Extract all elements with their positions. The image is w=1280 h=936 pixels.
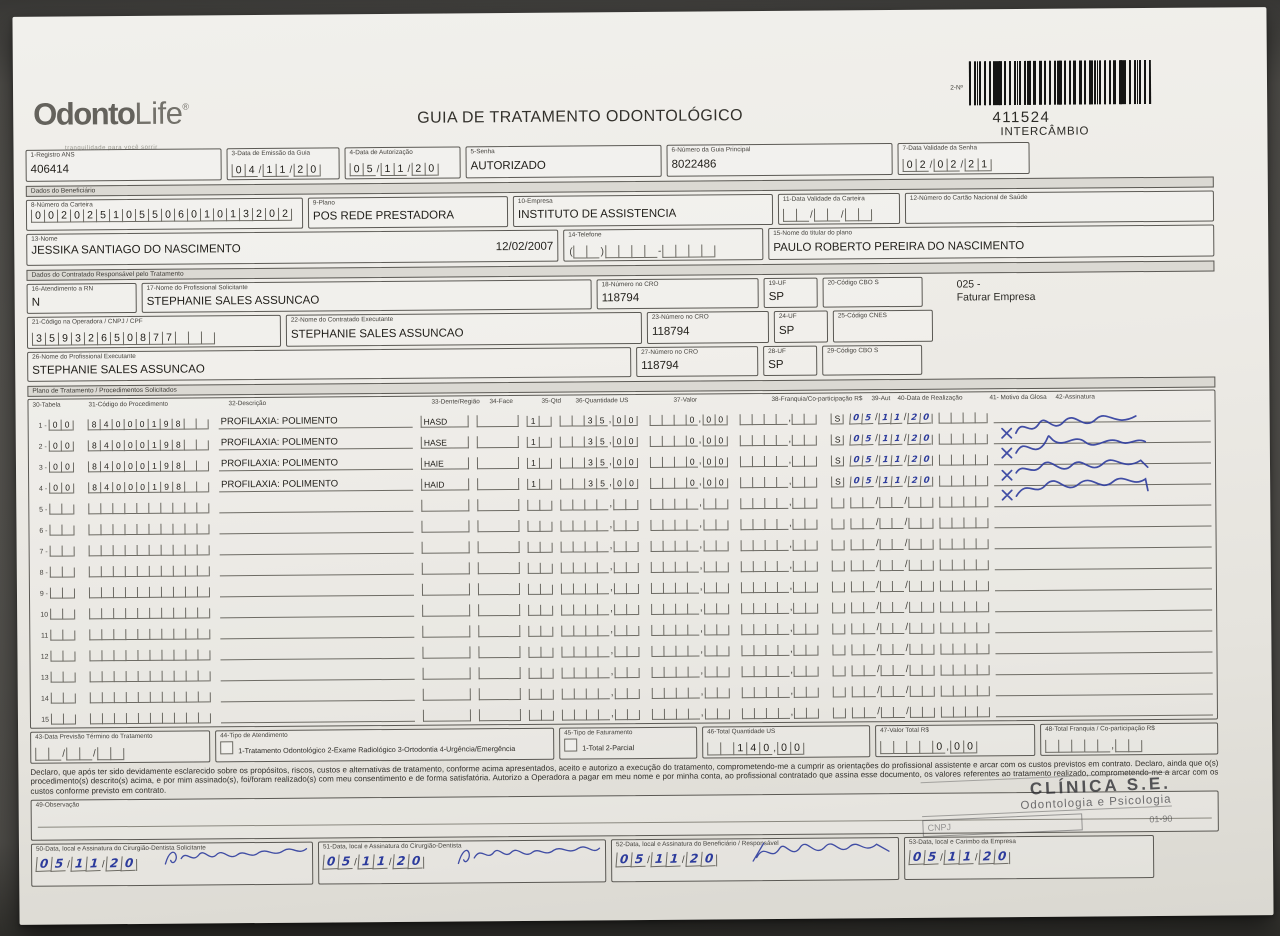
valor-cells: 0,00 xyxy=(650,470,728,489)
quantidade-us-cells: , xyxy=(561,576,639,595)
procedures-table: 30-Tabela 31-Código do Procedimento 32-D… xyxy=(27,390,1218,729)
field-senha: 5-SenhaAUTORIZADO xyxy=(465,145,661,178)
field-validade-senha: 7-Data Validade da Senha02/02/21 xyxy=(897,142,1029,175)
tooth-region-cell xyxy=(422,646,470,658)
quantidade-us-cells: , xyxy=(561,597,639,616)
guide-number: 411524 xyxy=(992,108,1151,126)
quantity-cells xyxy=(527,514,552,532)
motivo-glosa-cells xyxy=(940,636,989,654)
motivo-glosa-cells xyxy=(939,447,988,465)
aut-cell: S xyxy=(831,427,844,445)
motivo-glosa-cells xyxy=(941,678,990,696)
tooth-region-cell xyxy=(423,667,471,679)
franquia-cells: , xyxy=(740,491,818,510)
tabela-cells xyxy=(51,706,76,724)
procedure-code-cells xyxy=(88,516,209,535)
aut-cell xyxy=(832,532,845,550)
data-realizacao-cells: / / xyxy=(851,532,934,551)
motivo-glosa-cells xyxy=(940,552,989,570)
tabela-cells: 00 xyxy=(49,412,74,430)
procedure-code-cells: 84000198 xyxy=(88,432,209,451)
valor-cells: , xyxy=(651,617,729,636)
quantity-cells xyxy=(527,493,552,511)
procedure-description xyxy=(220,583,414,598)
field-previsao-termino: 43-Data Previsão Término do Tratamento /… xyxy=(30,730,210,763)
data-realizacao-cells: / / xyxy=(851,511,934,530)
field-telefone: 14-Telefone( ) - xyxy=(563,228,763,261)
valor-cells: , xyxy=(652,701,730,720)
field-registro-ans: 1-Registro ANS406414 xyxy=(25,148,221,181)
contratado-row-1: 16-Atendimento a RNN 17-Nome do Profissi… xyxy=(27,274,1215,314)
face-cell xyxy=(479,688,521,700)
procedure-code-cells: 84000198 xyxy=(88,453,209,472)
motivo-glosa-cells xyxy=(939,489,988,507)
aut-cell xyxy=(832,574,845,592)
procedure-code-cells: 84000198 xyxy=(88,474,209,493)
franquia-cells: , xyxy=(740,554,818,573)
row-number: 11 xyxy=(34,633,48,641)
face-cell xyxy=(478,541,520,553)
field-uf-solicitante: 19-UFSP xyxy=(764,277,818,308)
field-cbo-solicitante: 20-Código CBO S xyxy=(823,276,923,307)
face-cell xyxy=(477,457,519,469)
field-uf-executante: 28-UFSP xyxy=(763,345,817,376)
row-number: 8 - xyxy=(34,570,48,578)
data-realizacao-cells: / / xyxy=(852,637,935,656)
row-number: 15 xyxy=(35,717,49,725)
quantidade-us-cells: , xyxy=(562,702,640,721)
aut-cell xyxy=(833,658,846,676)
procedure-code-cells xyxy=(89,621,210,640)
tabela-cells xyxy=(50,622,75,640)
tooth-region-cell xyxy=(422,562,470,574)
row-number: 10 xyxy=(34,612,48,620)
tabela-cells xyxy=(49,496,74,514)
franquia-cells: , xyxy=(739,428,817,447)
valor-cells: , xyxy=(651,680,729,699)
quantidade-us-cells: , xyxy=(560,492,638,511)
data-realizacao-cells: 05/11/20 xyxy=(850,427,933,446)
procedure-description: PROFILAXIA: POLIMENTO xyxy=(219,415,413,430)
procedure-description xyxy=(219,520,413,535)
procedure-code-cells xyxy=(89,600,210,619)
tabela-cells xyxy=(50,559,75,577)
franquia-cells: , xyxy=(741,680,819,699)
field-validade-carteira: 11-Data Validade da Carteira / / xyxy=(778,192,900,224)
barcode-number-label: 2-Nº xyxy=(950,84,963,91)
totals-row: 43-Data Previsão Término do Tratamento /… xyxy=(30,722,1218,763)
contratado-row-2: 21-Código na Operadora / CNPJ / CPF35932… xyxy=(27,308,1215,349)
form-paper: OdontoLife® tranquilidade para você sorr… xyxy=(12,7,1273,925)
franquia-cells: , xyxy=(741,638,819,657)
motivo-glosa-cells xyxy=(939,510,988,528)
quantity-cells: 1 xyxy=(527,451,552,469)
quantidade-us-cells: , xyxy=(560,513,638,532)
beneficiario-nome: JESSIKA SANTIAGO DO NASCIMENTO xyxy=(31,242,240,258)
field-assinatura-solicitante: 50-Data, local e Assinatura do Cirurgião… xyxy=(31,841,313,886)
valor-cells: 0,00 xyxy=(649,407,727,426)
valor-cells: , xyxy=(650,554,728,573)
field-empresa: 10-EmpresaINSTITUTO DE ASSISTENCIA xyxy=(513,193,773,227)
quantity-cells xyxy=(528,640,553,658)
tabela-cells xyxy=(49,517,74,535)
procedure-code-cells xyxy=(89,537,210,556)
logo-text-odonto: Odonto xyxy=(33,96,134,132)
aut-cell xyxy=(833,637,846,655)
field-numero-guia-principal: 6-Número da Guia Principal8022486 xyxy=(666,143,892,176)
field-cro-contratado: 23-Número no CRO118794 xyxy=(647,311,769,343)
field-nome-beneficiario: 13-Nome JESSIKA SANTIAGO DO NASCIMENTO12… xyxy=(26,230,558,266)
field-plano: 9-PlanoPOS REDE PRESTADORA xyxy=(308,196,508,229)
clinic-stamp: CLÍNICA S.E. Odontologia e Psicologia CN… xyxy=(921,771,1173,837)
aut-cell: S xyxy=(831,406,844,424)
quantity-cells xyxy=(528,577,553,595)
tooth-region-cell: HASE xyxy=(421,436,469,448)
aut-cell xyxy=(832,511,845,529)
tabela-cells xyxy=(50,538,75,556)
beneficiario-nascimento: 12/02/2007 xyxy=(496,239,554,253)
signature-line xyxy=(996,714,1213,718)
motivo-glosa-cells xyxy=(938,405,987,423)
tooth-region-cell xyxy=(421,520,469,532)
franquia-cells: , xyxy=(741,596,819,615)
field-assinatura-beneficiario: 52-Data, local e Assinatura do Beneficiá… xyxy=(611,837,899,882)
field-cro-solicitante: 18-Número no CRO118794 xyxy=(597,278,759,310)
procedures-rows: 1 - 00 84000198 PROFILAXIA: POLIMENTO HA… xyxy=(33,401,1213,725)
aut-cell xyxy=(833,700,846,718)
quantity-cells xyxy=(528,598,553,616)
faturar-empresa-note: 025 - Faturar Empresa xyxy=(957,277,1036,304)
quantidade-us-cells: , xyxy=(562,660,640,679)
quantidade-us-cells: 35,00 xyxy=(560,408,638,427)
registered-mark: ® xyxy=(182,102,189,112)
motivo-glosa-cells xyxy=(939,468,988,486)
data-realizacao-cells: 05/11/20 xyxy=(850,469,933,488)
face-cell xyxy=(477,415,519,427)
tipo-faturamento-checkbox xyxy=(564,738,577,751)
quantity-cells: 1 xyxy=(527,430,552,448)
tabela-cells: 00 xyxy=(49,433,74,451)
quantidade-us-cells: 35,00 xyxy=(560,450,638,469)
field-uf-contratado: 24-UFSP xyxy=(774,311,828,343)
data-realizacao-cells: / / xyxy=(851,490,934,509)
data-realizacao-cells: 05/11/20 xyxy=(850,406,933,425)
motivo-glosa-cells xyxy=(940,615,989,633)
procedure-description xyxy=(221,688,415,703)
tabela-cells: 00 xyxy=(49,454,74,472)
tabela-cells xyxy=(50,643,75,661)
tabela-cells xyxy=(50,580,75,598)
field-assinatura-dentista: 51-Data, local e Assinatura do Cirurgião… xyxy=(318,839,606,884)
beneficiario-row-1: 8-Número da Carteira00202510550601013202… xyxy=(26,190,1214,231)
field-data-emissao: 3-Data de Emissão da Guia04/11/20 xyxy=(226,147,339,179)
barcode xyxy=(969,60,1151,105)
procedure-description xyxy=(220,646,414,661)
field-tipo-atendimento: 44-Tipo de Atendimento 1-Tratamento Odon… xyxy=(215,728,554,762)
tooth-region-cell xyxy=(422,625,470,637)
field-tipo-faturamento: 45-Tipo de Faturamento 1-Total 2-Parcial xyxy=(559,727,697,760)
aut-cell: S xyxy=(831,469,844,487)
field-cro-executante: 27-Número no CRO118794 xyxy=(636,346,758,377)
field-total-franquia: 48-Total Franquia / Co-participação R$ , xyxy=(1040,722,1218,755)
contratado-row-3: 26-Nome do Profissional ExecutanteSTEPHA… xyxy=(27,342,1215,382)
franquia-cells: , xyxy=(739,449,817,468)
procedure-description xyxy=(221,667,415,682)
tooth-region-cell xyxy=(423,688,471,700)
form-header: OdontoLife® tranquilidade para você sorr… xyxy=(24,12,1213,147)
franquia-cells: , xyxy=(739,407,817,426)
franquia-cells: , xyxy=(741,701,819,720)
quantidade-us-cells: , xyxy=(562,681,640,700)
tooth-region-cell xyxy=(422,604,470,616)
row-number: 13 xyxy=(35,675,49,683)
tipo-atendimento-checkbox xyxy=(220,741,233,754)
franquia-cells: , xyxy=(741,659,819,678)
aut-cell xyxy=(833,679,846,697)
motivo-glosa-cells xyxy=(940,657,989,675)
data-realizacao-cells: / / xyxy=(852,679,935,698)
face-cell xyxy=(478,562,520,574)
row-number: 5 - xyxy=(33,507,47,515)
franquia-cells: , xyxy=(741,617,819,636)
face-cell xyxy=(477,436,519,448)
field-cartao-nacional-saude: 12-Número do Cartão Nacional de Saúde xyxy=(905,190,1214,224)
franquia-cells: , xyxy=(740,470,818,489)
beneficiario-signature-ink xyxy=(746,832,896,873)
procedure-description xyxy=(220,625,414,640)
motivo-glosa-cells xyxy=(940,573,989,591)
procedure-description: PROFILAXIA: POLIMENTO xyxy=(219,436,413,451)
data-realizacao-cells: / / xyxy=(851,553,934,572)
dentista-signature-ink xyxy=(453,834,603,875)
signatures-row-spacer xyxy=(1159,834,1219,877)
procedure-description xyxy=(221,709,415,724)
quantidade-us-cells: , xyxy=(561,639,639,658)
tabela-cells xyxy=(51,685,76,703)
procedure-code-cells xyxy=(90,705,211,724)
field-cbo-executante: 29-Código CBO S xyxy=(822,344,922,375)
quantidade-us-cells: , xyxy=(561,534,639,553)
quantity-cells xyxy=(529,703,554,721)
quantity-cells xyxy=(528,619,553,637)
face-cell xyxy=(478,583,520,595)
quantidade-us-cells: , xyxy=(561,618,639,637)
tabela-cells: 00 xyxy=(49,475,74,493)
field-atendimento-rn: 16-Atendimento a RNN xyxy=(27,282,137,313)
aut-cell xyxy=(832,595,845,613)
row-number: 7 - xyxy=(34,549,48,557)
quantity-cells xyxy=(528,535,553,553)
field-data-autorizacao: 4-Data de Autorização05/11/20 xyxy=(344,146,460,178)
motivo-glosa-cells xyxy=(939,426,988,444)
data-realizacao-cells: / / xyxy=(851,595,934,614)
procedure-code-cells xyxy=(89,558,210,577)
quantity-cells: 1 xyxy=(527,409,552,427)
field-codigo-operadora: 21-Código na Operadora / CNPJ / CPF35932… xyxy=(27,315,281,348)
data-realizacao-cells: / / xyxy=(851,574,934,593)
field-codigo-cnes: 25-Código CNES xyxy=(833,310,933,342)
motivo-glosa-cells xyxy=(940,594,989,612)
aut-cell xyxy=(832,490,845,508)
procedure-code-cells xyxy=(90,684,211,703)
face-cell xyxy=(478,625,520,637)
tooth-region-cell xyxy=(422,583,470,595)
signature-area xyxy=(996,714,1213,718)
aut-cell xyxy=(833,616,846,634)
procedure-description: PROFILAXIA: POLIMENTO xyxy=(219,478,413,493)
procedure-description xyxy=(220,541,414,556)
row-number: 14 xyxy=(35,696,49,704)
field-total-quantidade-us: 46-Total Quantidade US 140,00 xyxy=(702,725,870,758)
tooth-region-cell xyxy=(421,499,469,511)
row-number: 4 - xyxy=(33,486,47,494)
row-number: 12 xyxy=(34,654,48,662)
row-number: 1 - xyxy=(33,423,47,431)
guide-type: INTERCÂMBIO xyxy=(1000,125,1151,138)
valor-cells: , xyxy=(651,596,729,615)
aut-cell xyxy=(832,553,845,571)
motivo-glosa-cells xyxy=(939,531,988,549)
tooth-region-cell: HASD xyxy=(421,415,469,427)
field-valor-total: 47-Valor Total R$ 0,00 xyxy=(875,724,1035,757)
quantidade-us-cells: 35,00 xyxy=(560,471,638,490)
valor-cells: , xyxy=(650,533,728,552)
aut-cell: S xyxy=(831,448,844,466)
row-number: 3 - xyxy=(33,465,47,473)
face-cell xyxy=(479,667,521,679)
header-fields-row: 1-Registro ANS406414 3-Data de Emissão d… xyxy=(25,141,1213,182)
stamp-cnpj-suffix: 01-90 xyxy=(1149,813,1172,824)
face-cell xyxy=(478,604,520,616)
beneficiario-row-2: 13-Nome JESSIKA SANTIAGO DO NASCIMENTO12… xyxy=(26,225,1214,266)
face-cell xyxy=(477,478,519,490)
valor-cells: , xyxy=(651,638,729,657)
field-contratado-executante: 22-Nome do Contratado ExecutanteSTEPHANI… xyxy=(286,312,642,346)
procedure-code-cells: 84000198 xyxy=(88,411,209,430)
row-number: 9 - xyxy=(34,591,48,599)
valor-cells: 0,00 xyxy=(649,428,727,447)
field-titular-plano: 15-Nome do titular do planoPAULO ROBERTO… xyxy=(768,225,1214,260)
motivo-glosa-cells xyxy=(941,699,990,717)
data-realizacao-cells: / / xyxy=(852,658,935,677)
franquia-cells: , xyxy=(740,575,818,594)
tabela-cells xyxy=(51,664,76,682)
field-profissional-solicitante: 17-Nome do Profissional SolicitanteSTEPH… xyxy=(142,279,592,313)
procedure-code-cells xyxy=(90,663,211,682)
quantidade-us-cells: 35,00 xyxy=(560,429,638,448)
data-realizacao-cells: 05/11/20 xyxy=(850,448,933,467)
logo-text-life: Life xyxy=(134,96,182,131)
face-cell xyxy=(477,499,519,511)
procedure-description xyxy=(219,499,413,514)
procedure-description xyxy=(220,562,414,577)
solicitante-signature-ink xyxy=(160,837,310,878)
procedure-description xyxy=(220,604,414,619)
row-number: 2 - xyxy=(33,444,47,452)
franquia-cells: , xyxy=(740,512,818,531)
signatures-row: 50-Data, local e Assinatura do Cirurgião… xyxy=(31,834,1219,886)
tooth-region-cell: HAID xyxy=(421,478,469,490)
procedure-code-cells xyxy=(89,642,210,661)
field-carimbo-empresa: 53-Data, local e Carimbo da Empresa 05/1… xyxy=(904,835,1154,880)
franquia-cells: , xyxy=(740,533,818,552)
procedure-description: PROFILAXIA: POLIMENTO xyxy=(219,457,413,472)
data-realizacao-cells: / / xyxy=(852,616,935,635)
form-title: GUIA DE TRATAMENTO ODONTOLÓGICO xyxy=(417,107,743,128)
face-cell xyxy=(478,646,520,658)
face-cell xyxy=(479,709,521,721)
row-number: 6 - xyxy=(33,528,47,536)
valor-cells: , xyxy=(650,491,728,510)
valor-cells: , xyxy=(650,512,728,531)
field-numero-carteira: 8-Número da Carteira00202510550601013202 xyxy=(26,197,303,231)
procedure-code-cells xyxy=(89,579,210,598)
quantity-cells: 1 xyxy=(527,472,552,490)
procedure-code-cells xyxy=(88,495,209,514)
tabela-cells xyxy=(50,601,75,619)
valor-cells: 0,00 xyxy=(650,449,728,468)
field-observacao: 49-Observação CLÍNICA S.E. Odontologia e… xyxy=(31,790,1219,840)
tooth-region-cell xyxy=(422,541,470,553)
valor-cells: , xyxy=(651,575,729,594)
valor-cells: , xyxy=(651,659,729,678)
quantity-cells xyxy=(528,556,553,574)
barcode-block: 2-Nº 411524 INTERCÂMBIO xyxy=(950,60,1151,139)
field-profissional-executante: 26-Nome do Profissional ExecutanteSTEPHA… xyxy=(27,347,631,382)
tooth-region-cell: HAIE xyxy=(421,457,469,469)
quantity-cells xyxy=(529,682,554,700)
stamp-cnpj: CNPJ xyxy=(922,813,1083,837)
data-realizacao-cells: / / xyxy=(852,700,935,719)
face-cell xyxy=(477,520,519,532)
quantidade-us-cells: , xyxy=(561,555,639,574)
tooth-region-cell xyxy=(423,709,471,721)
quantity-cells xyxy=(529,661,554,679)
